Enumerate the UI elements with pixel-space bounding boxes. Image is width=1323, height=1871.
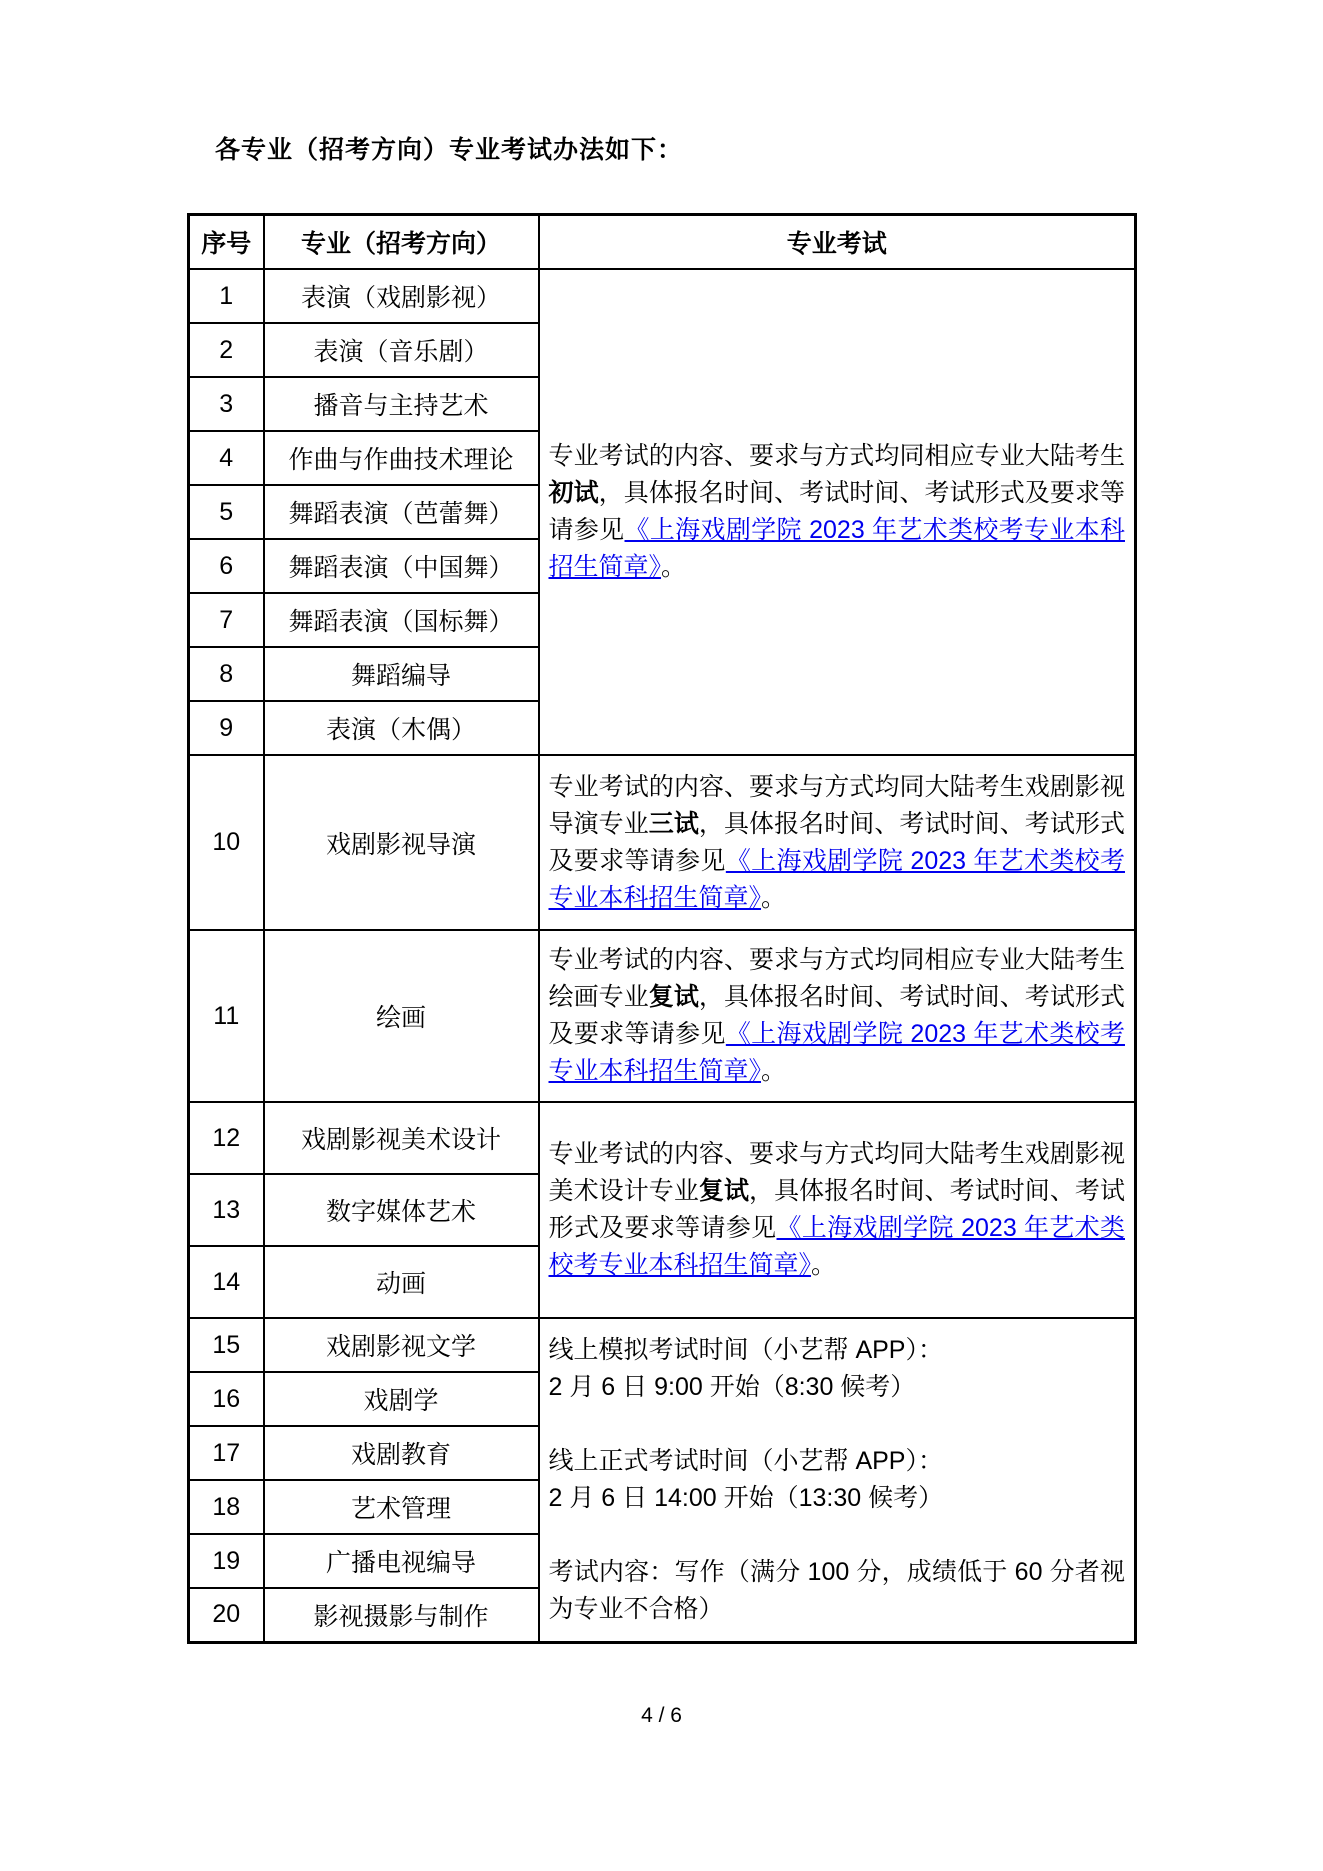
table-row: 11 绘画 专业考试的内容、要求与方式均同相应专业大陆考生绘画专业复试，具体报名…: [189, 930, 1136, 1102]
major-name: 表演（戏剧影视）: [264, 269, 539, 323]
major-name: 戏剧教育: [264, 1426, 539, 1480]
col-header-exam: 专业考试: [539, 215, 1136, 270]
row-number: 7: [189, 593, 264, 647]
exam-block-row-10: 专业考试的内容、要求与方式均同大陆考生戏剧影视导演专业三试，具体报名时间、考试时…: [539, 755, 1136, 930]
exam-block-rows-15-20: 线上模拟考试时间（小艺帮 APP）：2 月 6 日 9:00 开始（8:30 候…: [539, 1318, 1136, 1642]
table-row: 12 戏剧影视美术设计 专业考试的内容、要求与方式均同大陆考生戏剧影视美术设计专…: [189, 1102, 1136, 1174]
text-run: 。: [761, 884, 786, 912]
major-name: 戏剧影视导演: [264, 755, 539, 930]
page-title: 各专业（招考方向）专业考试办法如下：: [215, 130, 683, 166]
row-number: 16: [189, 1372, 264, 1426]
major-name: 表演（音乐剧）: [264, 323, 539, 377]
major-name: 戏剧影视文学: [264, 1318, 539, 1372]
row-number: 20: [189, 1588, 264, 1642]
text-run: 。: [761, 1057, 786, 1085]
text-run: 。: [661, 553, 686, 581]
emphasized-exam-stage: 三试: [649, 810, 699, 838]
col-header-major: 专业（招考方向）: [264, 215, 539, 270]
exam-block-row-11: 专业考试的内容、要求与方式均同相应专业大陆考生绘画专业复试，具体报名时间、考试时…: [539, 930, 1136, 1102]
emphasized-exam-stage: 复试: [649, 983, 699, 1011]
row-number: 15: [189, 1318, 264, 1372]
row-number: 13: [189, 1174, 264, 1246]
emphasized-exam-stage: 初试: [549, 479, 599, 507]
exam-block-rows-1-9: 专业考试的内容、要求与方式均同相应专业大陆考生初试，具体报名时间、考试时间、考试…: [539, 269, 1136, 755]
row-number: 19: [189, 1534, 264, 1588]
exam-methods-table: 序号 专业（招考方向） 专业考试 1 表演（戏剧影视） 专业考试的内容、要求与方…: [187, 213, 1137, 1644]
table-row: 1 表演（戏剧影视） 专业考试的内容、要求与方式均同相应专业大陆考生初试，具体报…: [189, 269, 1136, 323]
row-number: 2: [189, 323, 264, 377]
admissions-brochure-link[interactable]: 《上海戏剧学院 2023 年艺术类校考专业本科招生简章》: [549, 516, 1125, 581]
row-number: 14: [189, 1246, 264, 1318]
text-run: 。: [811, 1251, 836, 1279]
major-name: 数字媒体艺术: [264, 1174, 539, 1246]
row-number: 9: [189, 701, 264, 755]
table-row: 10 戏剧影视导演 专业考试的内容、要求与方式均同大陆考生戏剧影视导演专业三试，…: [189, 755, 1136, 930]
major-name: 广播电视编导: [264, 1534, 539, 1588]
row-number: 12: [189, 1102, 264, 1174]
major-name: 戏剧学: [264, 1372, 539, 1426]
row-number: 3: [189, 377, 264, 431]
row-number: 17: [189, 1426, 264, 1480]
major-name: 艺术管理: [264, 1480, 539, 1534]
major-name: 舞蹈表演（中国舞）: [264, 539, 539, 593]
col-header-no: 序号: [189, 215, 264, 270]
major-name: 舞蹈编导: [264, 647, 539, 701]
major-name: 戏剧影视美术设计: [264, 1102, 539, 1174]
page-number: 4 / 6: [0, 1704, 1323, 1728]
major-name: 动画: [264, 1246, 539, 1318]
major-name: 作曲与作曲技术理论: [264, 431, 539, 485]
row-number: 4: [189, 431, 264, 485]
table-row: 15 戏剧影视文学 线上模拟考试时间（小艺帮 APP）：2 月 6 日 9:00…: [189, 1318, 1136, 1372]
row-number: 1: [189, 269, 264, 323]
row-number: 8: [189, 647, 264, 701]
major-name: 播音与主持艺术: [264, 377, 539, 431]
row-number: 6: [189, 539, 264, 593]
row-number: 5: [189, 485, 264, 539]
major-name: 表演（木偶）: [264, 701, 539, 755]
row-number: 18: [189, 1480, 264, 1534]
row-number: 10: [189, 755, 264, 930]
row-number: 11: [189, 930, 264, 1102]
major-name: 绘画: [264, 930, 539, 1102]
exam-block-rows-12-14: 专业考试的内容、要求与方式均同大陆考生戏剧影视美术设计专业复试，具体报名时间、考…: [539, 1102, 1136, 1318]
major-name: 舞蹈表演（国标舞）: [264, 593, 539, 647]
text-run: 专业考试的内容、要求与方式均同相应专业大陆考生: [549, 442, 1126, 470]
major-name: 影视摄影与制作: [264, 1588, 539, 1642]
major-name: 舞蹈表演（芭蕾舞）: [264, 485, 539, 539]
emphasized-exam-stage: 复试: [699, 1177, 749, 1205]
table-header-row: 序号 专业（招考方向） 专业考试: [189, 215, 1136, 270]
